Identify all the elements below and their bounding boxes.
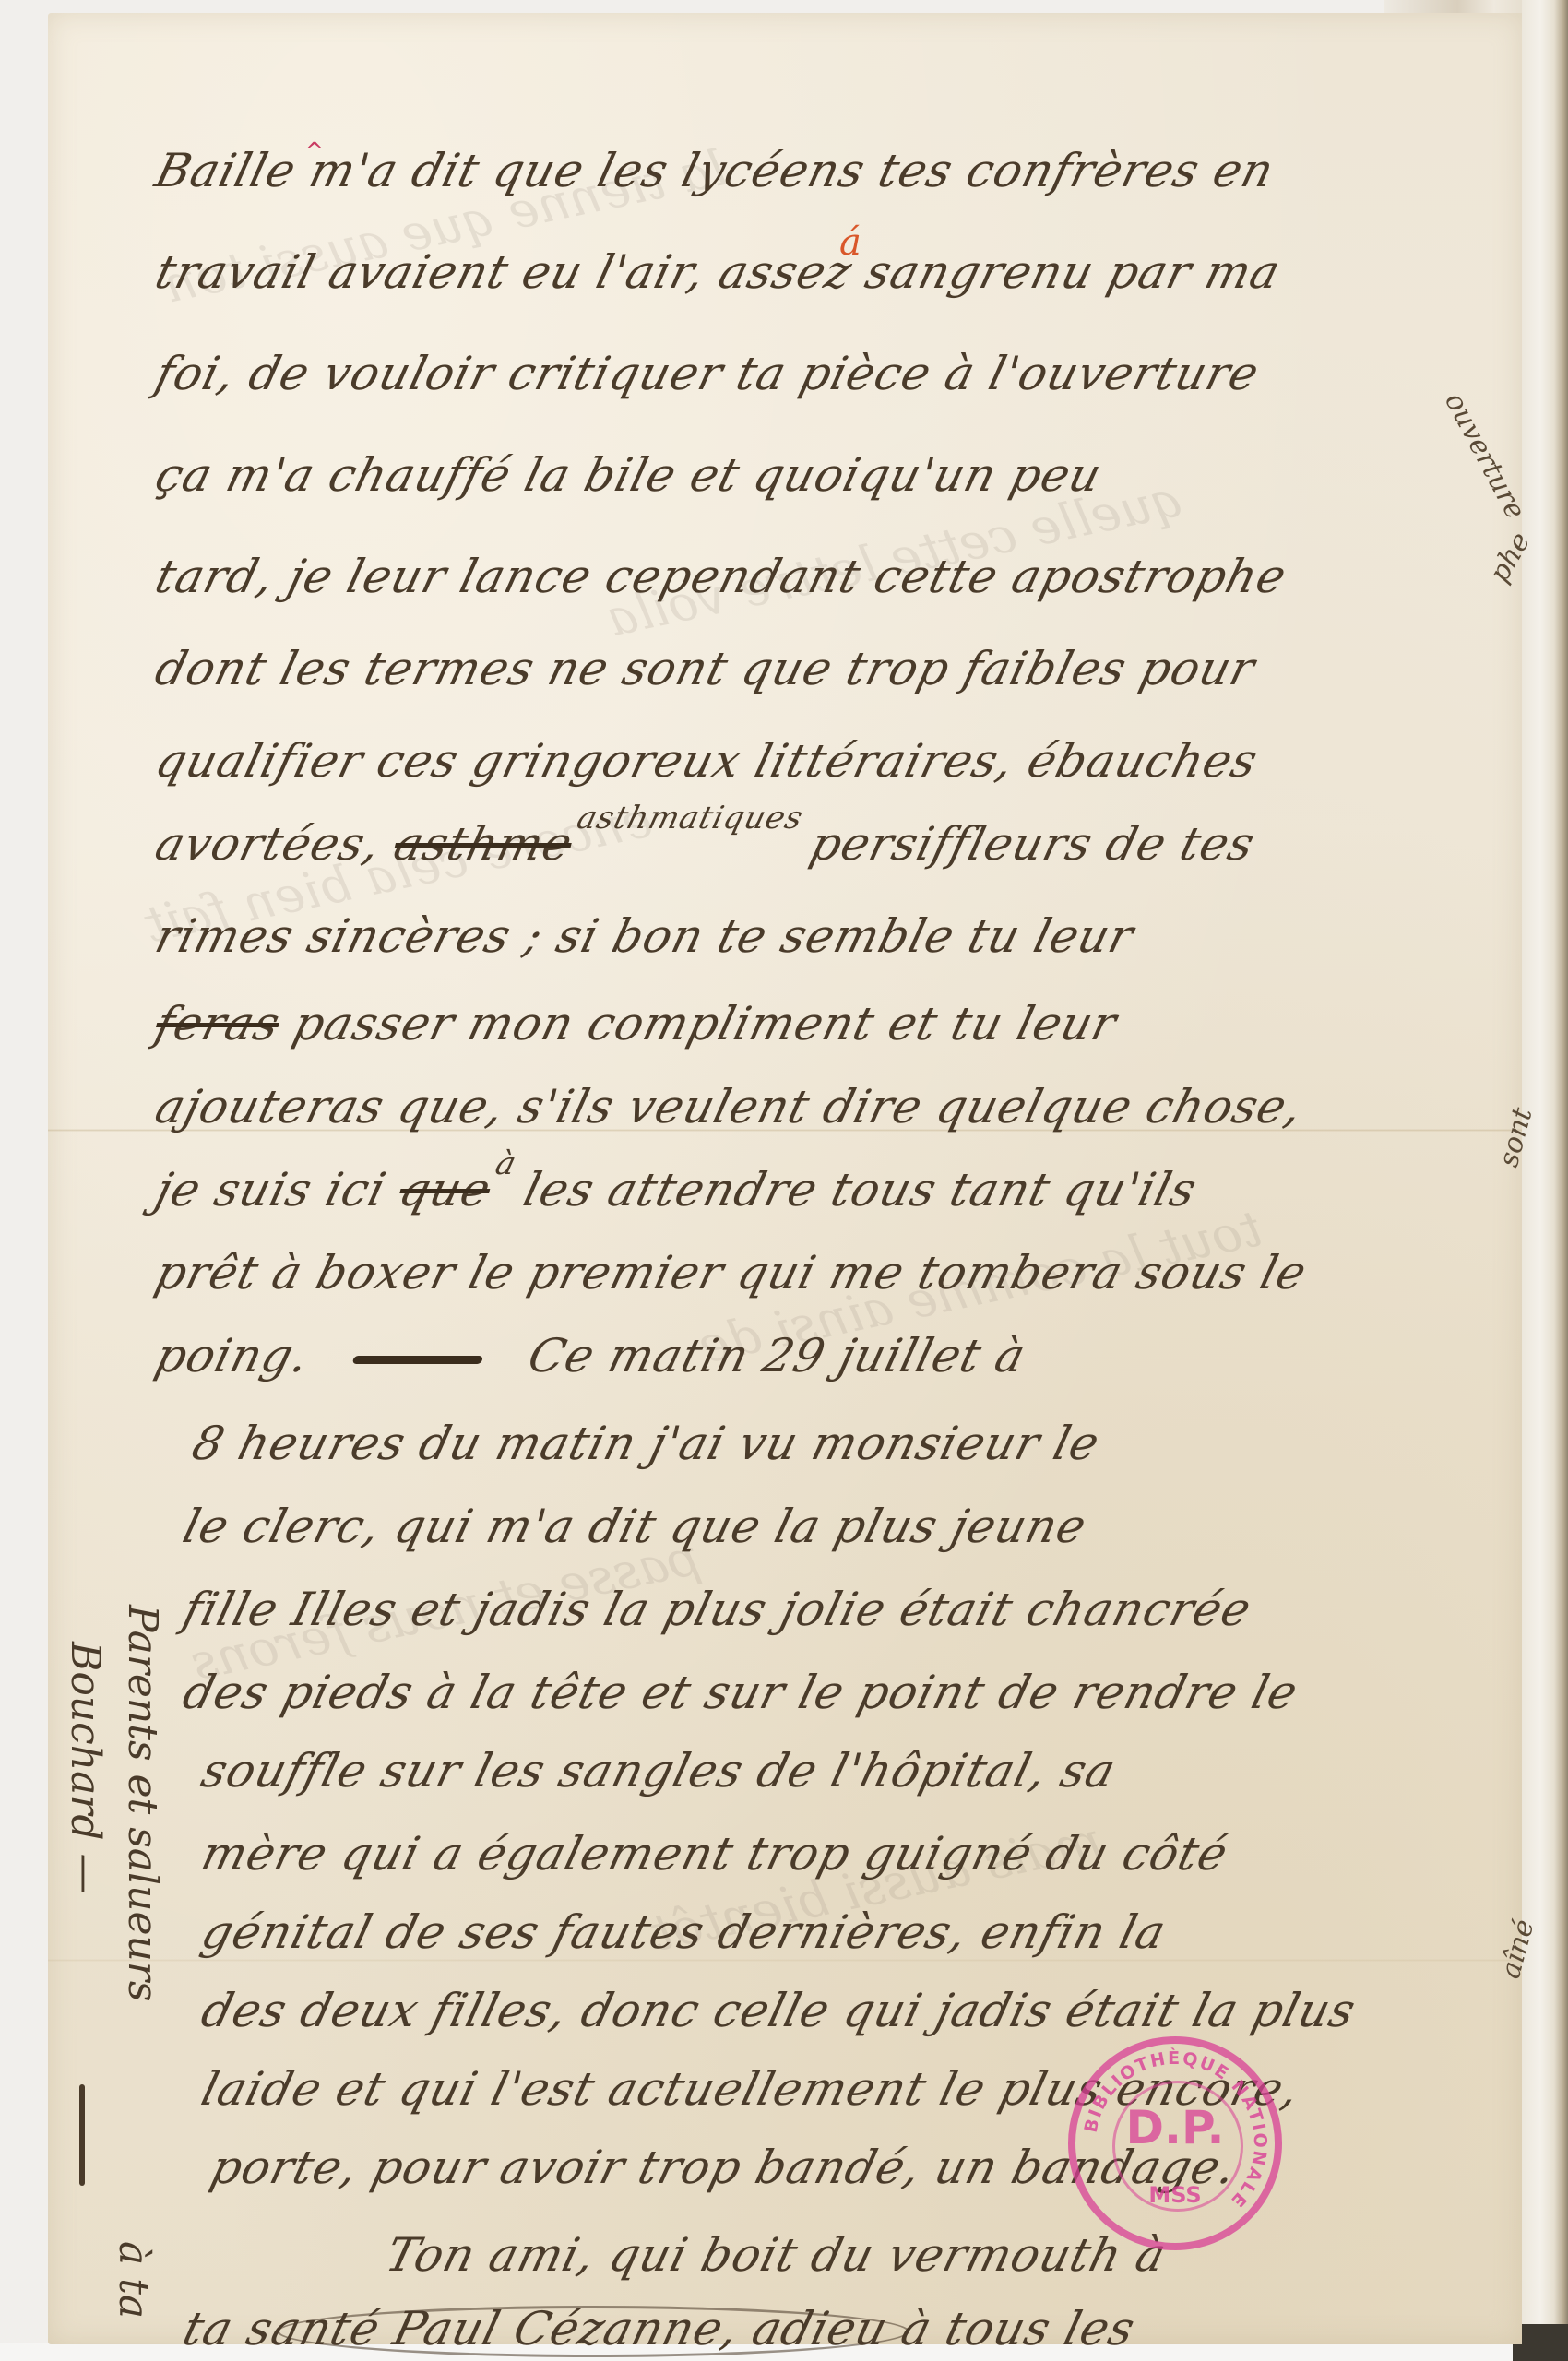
orange-ink-mark: á (839, 221, 861, 264)
closing-line: Ton ami, qui boit du vermouth à (382, 2232, 1171, 2278)
text-line-with-correction: feras passer mon compliment et tu leur (151, 1001, 1122, 1047)
text-line: génital de ses fautes dernières, enfin l… (197, 1909, 1170, 1955)
inserted-word: asthmatiques (574, 800, 808, 836)
text-line: dont les termes ne sont que trop faibles… (151, 646, 1260, 692)
text-line: des deux filles, donc celle qui jadis ét… (197, 1987, 1360, 2034)
text-line: tard, je leur lance cependant cette apos… (151, 553, 1291, 599)
text-line: des pieds à la tête et sur le point de r… (179, 1669, 1303, 1715)
text-line: ajouteras que, s'ils veulent dire quelqu… (151, 1084, 1308, 1130)
date-line: Ce matin 29 juillet à (523, 1329, 1031, 1382)
text-line: ça m'a chauffé la bile et quoiqu'un peu (151, 452, 1107, 498)
text-line: souffle sur les sangles de l'hôpital, sa (197, 1748, 1121, 1794)
text-fragment: les attendre tous tant qu'ils (503, 1163, 1202, 1216)
text-fragment: passer mon compliment et tu leur (272, 997, 1123, 1050)
text-line: prêt à boxer le premier qui me tombera s… (151, 1250, 1312, 1296)
text-line: fille Illes et jadis la plus jolie était… (179, 1586, 1256, 1632)
text-fragment: je suis ici (150, 1163, 408, 1216)
text-fragment: persiffleurs de tes (790, 817, 1261, 871)
margin-note-vertical: Bouchard — (62, 1642, 109, 1894)
text-line: qualifier ces gringoreux littéraires, éb… (151, 738, 1263, 784)
text-line-with-dash: poing.Ce matin 29 juillet à (151, 1333, 1030, 1379)
struck-word: feras (150, 997, 286, 1050)
signature-flourish (277, 2306, 909, 2357)
text-fragment: poing. (150, 1329, 315, 1382)
margin-note-vertical: Parents et salueurs (119, 1605, 166, 2001)
text-line-with-correction: je suis ici queà les attendre tous tant … (151, 1167, 1202, 1213)
margin-dash (79, 2084, 85, 2186)
text-line-with-correction: avortées, asthmeasthmatiques persiffleur… (151, 821, 1260, 867)
stamp-center-text: D.P. (1075, 2101, 1275, 2154)
dash-separator (352, 1356, 483, 1364)
text-line: rimes sincères ; si bon te semble tu leu… (151, 913, 1138, 959)
binding-strip (1522, 0, 1568, 2361)
text-line: mère qui a également trop guigné du côté (197, 1831, 1233, 1877)
text-line: foi, de vouloir critiquer ta pièce à l'o… (151, 350, 1264, 397)
text-line: travail avaient eu l'air, assez sangrenu… (151, 249, 1286, 295)
stamp-bottom-text: MSS (1075, 2182, 1275, 2208)
text-line: le clerc, qui m'a dit que la plus jeune (179, 1503, 1091, 1549)
fold-line (48, 1959, 1522, 1962)
struck-word: que (394, 1163, 496, 1216)
red-accent-mark: ^ (304, 138, 325, 166)
margin-note-tail: à ta (110, 2241, 157, 2319)
text-line: 8 heures du matin j'ai vu monsieur le (188, 1420, 1105, 1466)
struck-word: asthme (389, 817, 578, 871)
text-fragment: avortées, (150, 817, 402, 871)
library-stamp: BIBLIOTHÈQUE NATIONALE D.P. MSS (1068, 2036, 1282, 2250)
